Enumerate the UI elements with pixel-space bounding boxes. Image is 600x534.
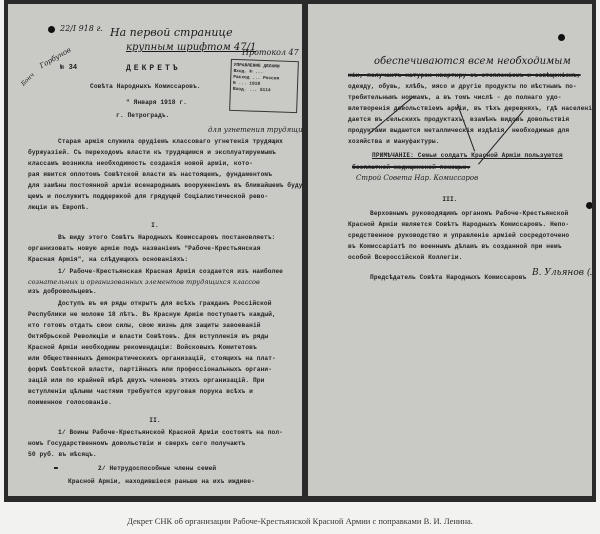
section-2-line: 2/ Нетрудоспособные члены семей [98,465,216,472]
section-3-line: Красной Арміи является Совѣтъ Народныхъ … [348,221,569,228]
page2-line: ніи, получаютъ натурою квартиру съ отопл… [348,72,581,79]
intro-line: люціи въ Европѣ. [28,204,89,211]
page2-line: одежду, обувь, хлѣбъ, мясо и другіе прод… [348,83,577,90]
intro-line: рая явится оплотомъ Совѣтской власти въ … [28,171,272,178]
section-1-line: 1/ Рабоче-Крестьянская Красная Армія соз… [58,268,283,275]
punch-hole [586,202,592,209]
intro-line: Старая армія служила орудіемъ классоваго… [58,138,283,145]
section-1-line: Республики не моложе 18 лѣтъ. Въ Красную… [28,311,276,318]
registration-stamp: УПРАВЛЕНИЕ ДЕЛАМИ Вход. № ... Расход ...… [229,59,299,113]
section-2-line: 1/ Воины Рабоче-Крестьянской Красной Арм… [58,429,283,436]
section-1-line: изъ добровольцевъ. [28,288,97,295]
section-1-line: вступленіи цѣлыми частями требуется круг… [28,388,253,395]
intro-line: классамъ возникла необходимость созданія… [28,160,253,167]
decree-title: ДЕКРЕТЪ [126,64,181,73]
section-1-line: зацій или по крайней мѣрѣ двухъ членовъ … [28,377,264,384]
section-1-line: Красной Арміи необходимы рекомендаціи: В… [28,344,257,351]
section-3-line: въ Комиссаріатѣ по военнымъ дѣламъ въ со… [348,243,562,250]
section-1-line: Доступъ въ ея ряды открытъ для всѣхъ гра… [58,300,272,307]
intro-line: буржуазіей. Съ переходомъ власти къ труд… [28,149,276,156]
stamp-line: Вход. ... 5114 [233,87,295,94]
handwritten-top: обеспечиваются всем необходимым [374,56,571,67]
strikethrough [54,465,94,472]
section-1-heading: I. [8,222,302,229]
decree-number: № 34 [60,64,77,72]
handwritten-header-1: На первой странице [110,26,233,39]
decree-subtitle: Совѣта Народныхъ Комиссаровъ. [90,83,201,90]
section-1-line: Красная Армія", на слѣдующихъ основаніях… [28,256,188,263]
margin-note-2: Бонч [20,71,36,87]
page2-line: требительнымъ нормамъ, а въ томъ числѣ -… [348,94,562,101]
decree-page-2: обеспечиваются всем необходимым ніи, пол… [308,4,592,496]
decree-page-1: 22/I 918 г. На первой странице крупным ш… [8,4,302,496]
section-1-line: формѣ Совѣтской власти, партійныхъ или п… [28,366,272,373]
section-3-line: средственное руководство и управленіе ар… [348,232,569,239]
handwritten-insert: для угнетения трудящихся [208,126,302,134]
handwritten-protocol: Протокол 47 [242,48,299,57]
section-1-line: поименное голосованіе. [28,399,112,406]
page2-line: влетворенія довольствіемъ арміи, въ тѣхъ… [348,105,592,112]
section-2-line: 50 руб. въ мѣсяцъ. [28,451,97,458]
section-1-line: Въ виду этого Совѣтъ Народныхъ Комиссаро… [58,234,275,241]
section-2-heading: II. [8,417,302,424]
intro-line: щемъ и послужитъ поддержкой для грядущей… [28,193,268,200]
punch-hole [48,26,55,33]
decree-place: г. Петроградъ. [116,112,169,119]
margin-date: 22/I 918 г. [60,24,103,33]
decree-date: " Января 1918 г. [126,99,187,106]
section-1-line: кто готовъ отдать свои силы, свою жизнь … [28,322,261,329]
section-1-handwritten: сознательных и организованных элементов … [28,278,260,286]
page2-note: ПРИМѢЧАНІЕ: Семьи солдатъ Красной Арміи … [372,152,563,159]
document-scan: 22/I 918 г. На первой странице крупным ш… [4,0,596,502]
page2-line: хозяйства и мануфактуры. [348,138,440,145]
section-1-line: Октябрьской Революціи и власти Совѣтовъ.… [28,333,268,340]
section-3-heading: III. [308,196,592,203]
section-2-line: Красной Арміи, находившіеся раньше на их… [68,478,255,485]
signature: В. Ульянов (Ленин) [532,268,592,278]
section-1-line: или Общественныхъ Демократическихъ орган… [28,355,276,362]
page2-note: бесплатной медицинской помощью. [352,164,470,171]
signature-label: Предсѣдатель Совѣта Народныхъ Комиссаров… [370,274,526,281]
handwritten-header-2: крупным шрифтом 47/1 [126,42,256,53]
section-3-line: Верховнымъ руководящимъ органомъ Рабоче-… [370,210,568,217]
punch-hole [558,34,565,41]
section-3-line: особой Всероссійской Коллегіи. [348,254,462,261]
section-2-line: номъ Государственномъ довольствіи и свер… [28,440,245,447]
page2-line: продуктами выдаются металлическія издѣлі… [348,127,569,134]
section-1-line: организовать новую армію подъ названіемъ… [28,245,261,252]
figure-caption: Декрет СНК об организации Рабоче-Крестья… [0,516,600,526]
intro-line: для замѣны постоянной арміи всенароднымъ… [28,182,302,189]
handwritten-note: Строй Совета Нар. Комиссаров [356,174,478,182]
